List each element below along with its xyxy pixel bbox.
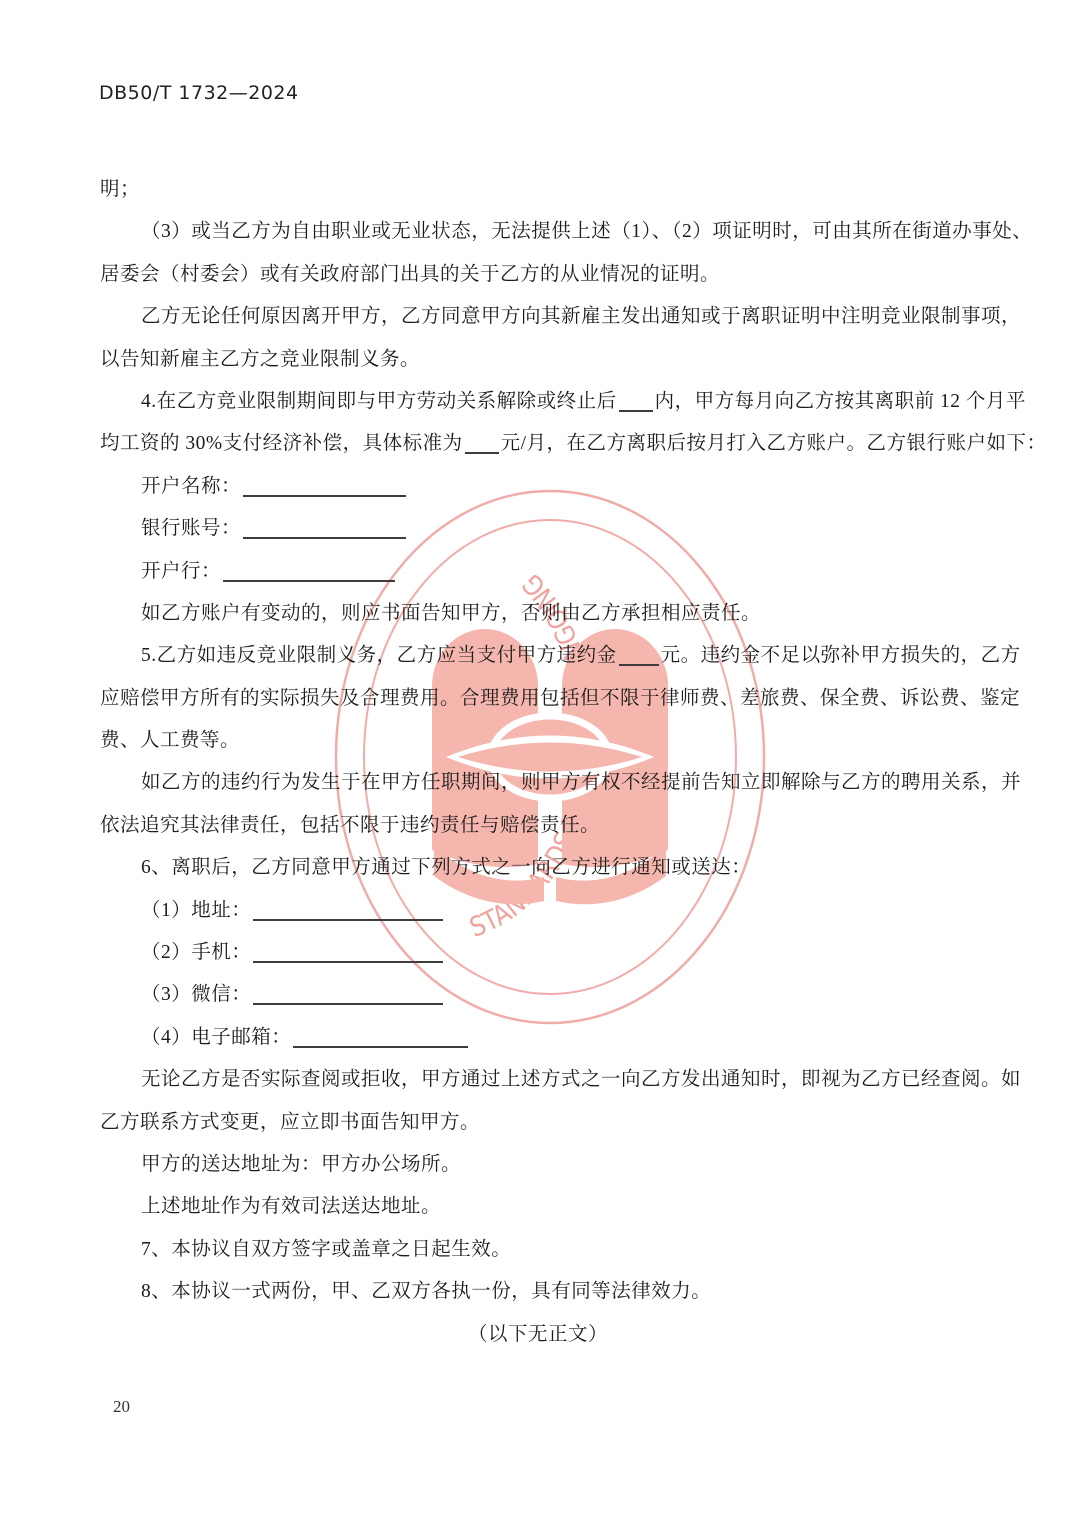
text-segment: （以下无正文） [468, 1324, 608, 1345]
text-segment: 开户名称： [141, 476, 241, 497]
text-segment: （2）手机： [141, 942, 251, 963]
blank-field-underline [619, 390, 653, 412]
document-line: 如乙方的违约行为发生于在甲方任职期间，则甲方有权不经提前告知立即解除与乙方的聘用… [100, 762, 976, 804]
text-segment: 元/月，在乙方离职后按月打入乙方账户。乙方银行账户如下： [501, 433, 1047, 454]
document-line: （3）或当乙方为自由职业或无业状态，无法提供上述（1）、（2）项证明时，可由其所… [100, 211, 976, 253]
document-line: （1）地址： [100, 890, 976, 932]
document-line: 4.在乙方竞业限制期间即与甲方劳动关系解除或终止后内，甲方每月向乙方按其离职前 … [100, 381, 976, 423]
text-segment: 4.在乙方竞业限制期间即与甲方劳动关系解除或终止后 [141, 391, 617, 412]
text-segment: 以告知新雇主乙方之竞业限制义务。 [100, 349, 420, 370]
document-line: 费、人工费等。 [100, 720, 976, 762]
standard-number-header: DB50/T 1732—2024 [99, 82, 299, 104]
text-segment: 明； [100, 179, 140, 200]
document-line: 8、本协议一式两份，甲、乙双方各执一份，具有同等法律效力。 [100, 1271, 976, 1313]
text-segment: 乙方无论任何原因离开甲方，乙方同意甲方向其新雇主发出通知或于离职证明中注明竞业限… [141, 306, 1021, 327]
document-page: STANDARDS PRESS OF CHONGQING DB50/T 1732… [0, 0, 1074, 1520]
text-segment: 开户行： [141, 561, 221, 582]
document-line: （2）手机： [100, 932, 976, 974]
text-segment: 居委会（村委会）或有关政府部门出具的关于乙方的从业情况的证明。 [100, 264, 720, 285]
document-line: 以告知新雇主乙方之竞业限制义务。 [100, 339, 976, 381]
text-segment: 应赔偿甲方所有的实际损失及合理费用。合理费用包括但不限于律师费、差旅费、保全费、… [100, 688, 1020, 709]
document-line: （以下无正文） [100, 1314, 976, 1356]
text-segment: 5.乙方如违反竞业限制义务，乙方应当支付甲方违约金 [141, 645, 617, 666]
blank-field-underline [243, 475, 406, 497]
text-segment: 元。违约金不足以弥补甲方损失的，乙方 [661, 645, 1021, 666]
text-segment: 6、离职后，乙方同意甲方通过下列方式之一向乙方进行通知或送达： [141, 857, 751, 878]
document-line: 如乙方账户有变动的，则应书面告知甲方，否则由乙方承担相应责任。 [100, 593, 976, 635]
document-line: 银行账号： [100, 508, 976, 550]
text-segment: 甲方的送达地址为：甲方办公场所。 [141, 1154, 461, 1175]
document-line: 居委会（村委会）或有关政府部门出具的关于乙方的从业情况的证明。 [100, 254, 976, 296]
blank-field-underline [243, 518, 406, 540]
document-line: （3）微信： [100, 974, 976, 1016]
blank-field-underline [465, 433, 499, 455]
document-line: 开户名称： [100, 466, 976, 508]
text-segment: （3）或当乙方为自由职业或无业状态，无法提供上述（1）、（2）项证明时，可由其所… [141, 221, 1032, 242]
blank-field-underline [253, 899, 443, 921]
document-line: 乙方无论任何原因离开甲方，乙方同意甲方向其新雇主发出通知或于离职证明中注明竞业限… [100, 296, 976, 338]
text-segment: （3）微信： [141, 984, 251, 1005]
document-line: （4）电子邮箱： [100, 1017, 976, 1059]
text-segment: 无论乙方是否实际查阅或拒收，甲方通过上述方式之一向乙方发出通知时，即视为乙方已经… [141, 1069, 1021, 1090]
document-line: 甲方的送达地址为：甲方办公场所。 [100, 1144, 976, 1186]
text-segment: 依法追究其法律责任，包括不限于违约责任与赔偿责任。 [100, 815, 600, 836]
document-line: 乙方联系方式变更，应立即书面告知甲方。 [100, 1102, 976, 1144]
text-segment: 如乙方的违约行为发生于在甲方任职期间，则甲方有权不经提前告知立即解除与乙方的聘用… [141, 772, 1021, 793]
text-segment: 均工资的 30%支付经济补偿，具体标准为 [100, 433, 463, 454]
blank-field-underline [253, 942, 443, 964]
document-line: 依法追究其法律责任，包括不限于违约责任与赔偿责任。 [100, 805, 976, 847]
text-block: 明；（3）或当乙方为自由职业或无业状态，无法提供上述（1）、（2）项证明时，可由… [100, 169, 976, 1356]
text-segment: （4）电子邮箱： [141, 1027, 291, 1048]
text-segment: 乙方联系方式变更，应立即书面告知甲方。 [100, 1112, 480, 1133]
document-line: 无论乙方是否实际查阅或拒收，甲方通过上述方式之一向乙方发出通知时，即视为乙方已经… [100, 1059, 976, 1101]
blank-field-underline [223, 560, 395, 582]
text-segment: （1）地址： [141, 900, 251, 921]
text-segment: 上述地址作为有效司法送达地址。 [141, 1196, 441, 1217]
blank-field-underline [619, 645, 659, 667]
document-line: 5.乙方如违反竞业限制义务，乙方应当支付甲方违约金元。违约金不足以弥补甲方损失的… [100, 635, 976, 677]
text-segment: 如乙方账户有变动的，则应书面告知甲方，否则由乙方承担相应责任。 [141, 603, 761, 624]
blank-field-underline [253, 984, 443, 1006]
text-segment: 8、本协议一式两份，甲、乙双方各执一份，具有同等法律效力。 [141, 1281, 711, 1302]
document-line: 应赔偿甲方所有的实际损失及合理费用。合理费用包括但不限于律师费、差旅费、保全费、… [100, 678, 976, 720]
page-number: 20 [113, 1397, 130, 1417]
document-line: 均工资的 30%支付经济补偿，具体标准为元/月，在乙方离职后按月打入乙方账户。乙… [100, 423, 976, 465]
document-line: 开户行： [100, 551, 976, 593]
text-segment: 7、本协议自双方签字或盖章之日起生效。 [141, 1239, 511, 1260]
text-segment: 内，甲方每月向乙方按其离职前 12 个月平 [655, 391, 1026, 412]
document-line: 上述地址作为有效司法送达地址。 [100, 1186, 976, 1228]
text-segment: 银行账号： [141, 518, 241, 539]
document-line: 7、本协议自双方签字或盖章之日起生效。 [100, 1229, 976, 1271]
document-line: 明； [100, 169, 976, 211]
text-segment: 费、人工费等。 [100, 730, 240, 751]
document-line: 6、离职后，乙方同意甲方通过下列方式之一向乙方进行通知或送达： [100, 847, 976, 889]
blank-field-underline [293, 1026, 468, 1048]
